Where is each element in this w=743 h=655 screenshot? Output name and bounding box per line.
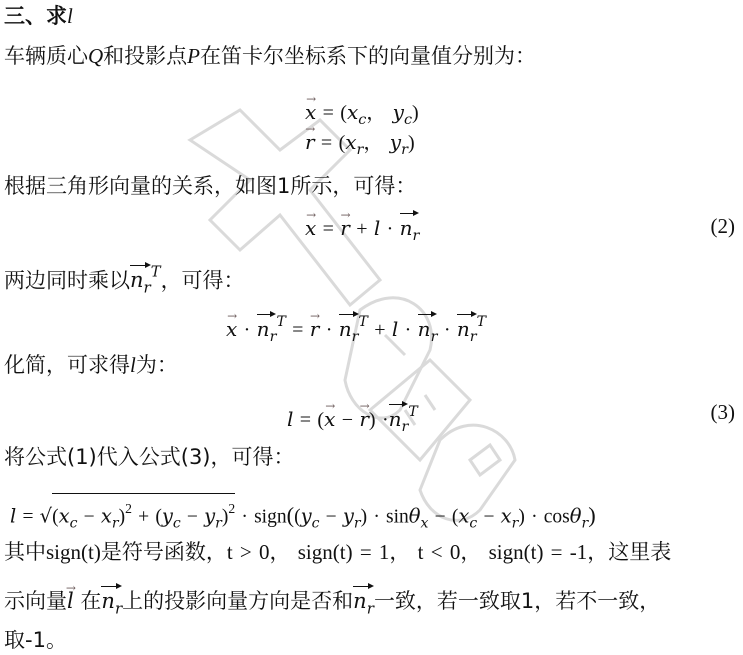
heading-prefix: 三、求 [4,4,67,28]
var: y [162,505,173,528]
sub: c [70,515,78,531]
text: 一致，若一致取1，若不一致， [374,589,660,613]
sub: r [115,599,122,617]
vector-n-r: nr [418,313,438,351]
sub: r [112,515,119,531]
var: y [343,505,354,528]
dot: · [373,507,380,528]
transpose: T [408,404,417,420]
dot: · [244,319,251,341]
var: x [345,130,356,154]
equals: = [321,132,332,154]
text: 车辆质心 [4,44,88,68]
text: 示向量 [4,589,67,613]
section-heading: 三、求l [4,2,73,30]
text: 在笛卡尔坐标系下的向量值分别为： [200,44,536,68]
var: x [347,100,358,124]
sqrt-body: (xc − xr)2 + (yc − yr)2 [52,493,235,537]
var: n [257,317,270,341]
plus: + [356,218,367,240]
var-l: l [287,407,293,431]
text: 化简，可求得 [4,353,130,377]
dot: · [326,319,333,341]
paren: ( [340,102,347,124]
var: y [204,505,215,528]
heading-variable: l [67,4,73,28]
equation-r-definition: r = (xr， yr) [305,128,415,164]
theta: θ [570,505,582,528]
equation-3: l = (x − r) ·nrT [287,398,418,441]
vector-x: x [324,405,335,433]
vector-x: x [305,214,316,242]
minus: − [342,409,353,431]
dot: · [241,507,248,528]
vector-n-r: nr [353,585,374,622]
sub: c [469,515,477,531]
sub: r [470,329,477,345]
sub: r [402,419,409,435]
vector-n-r: nr [130,264,151,301]
vector-r: r [359,405,369,433]
text: 是符号函数， [101,540,227,564]
vector-n-r: nr [101,585,122,622]
dot: · [531,507,538,528]
text: 为： [136,353,178,377]
var: n [400,216,413,240]
comma: ， [366,100,386,124]
paragraph-substitute: 将公式(1)代入公式(3)，可得： [4,443,295,471]
vector-x: x [226,315,237,343]
square: 2 [125,501,132,516]
equals: = [22,507,33,528]
paragraph-simplify: 化简，可求得l为： [4,351,178,379]
sqrt-icon: √ [40,505,52,528]
minus: − [187,507,198,528]
var: y [393,100,404,124]
vector-n-r: nr [457,313,477,351]
var: n [339,317,352,341]
dot: · [405,319,412,341]
var: y [301,505,312,528]
text: 其中 [4,540,46,564]
square: 2 [228,501,235,516]
text: 上的投影向量方向是否和 [122,589,353,613]
equals: = [323,102,334,124]
plus: + [138,507,149,528]
sub: r [144,279,151,297]
dot: · [387,218,394,240]
transpose: T [477,314,486,330]
plus: + [374,319,385,341]
sub: r [215,515,222,531]
sub: x [421,515,429,531]
variable-p: P [187,44,200,68]
transpose: T [151,264,161,281]
var: y [390,130,401,154]
minus: − [483,507,494,528]
paren: ( [287,503,294,528]
minus: − [435,507,446,528]
minus: − [84,507,95,528]
minus: − [326,507,337,528]
paren: ) [369,409,376,431]
paragraph-negative-case: 取-1。 [4,626,67,654]
text: ，可得： [161,268,245,292]
vector-n-r: nr [389,403,409,441]
text: 两边同时乘以 [4,268,130,292]
sub: r [401,142,408,158]
sub: c [173,515,181,531]
sub: c [404,112,412,128]
var: x [59,505,70,528]
comma: ， [363,130,383,154]
var: n [130,268,144,292]
paragraph-vectors-intro: 车辆质心Q和投影点P在笛卡尔坐标系下的向量值分别为： [4,42,536,70]
sub: r [352,329,359,345]
paren: ) [588,503,595,528]
sub: c [312,515,320,531]
paren: ) [518,507,525,528]
var-l: l [392,317,398,341]
var: n [101,589,115,613]
sign-conditions: t > 0， sign(t) = 1， t < 0， sign(t) = -1 [227,540,587,564]
vector-r: r [340,214,350,242]
paren: ) [361,507,368,528]
paragraph-multiply: 两边同时乘以nrT，可得： [4,259,245,302]
equation-final: l = √(xc − xr)2 + (yc − yr)2 · sign((yc … [10,493,596,537]
sign-function: sign [254,507,287,528]
var: n [353,589,367,613]
paren: ( [317,409,324,431]
sub: r [270,329,277,345]
var-l: l [374,216,380,240]
vector-n-r: nr [400,212,420,250]
text: 在 [80,589,101,613]
text: ，这里表 [587,540,671,564]
paragraph-sign-definition: 其中sign(t)是符号函数，t > 0， sign(t) = 1， t < 0… [4,538,671,566]
var: n [457,317,470,341]
vector-r: r [305,128,315,156]
paren: ) [408,132,415,154]
transpose: T [276,314,285,330]
dot: · [382,409,389,431]
paragraph-triangle-relation: 根据三角形向量的关系，如图1所示，可得： [4,172,416,200]
equation-2: x = r + l · nr [305,212,419,250]
variable-q: Q [88,44,103,68]
paragraph-projection-meaning: 示向量l 在nr上的投影向量方向是否和nr一致，若一致取1，若不一致， [4,585,660,622]
equals: = [292,319,303,341]
equation-number-3: (3) [711,398,736,426]
var: x [101,505,112,528]
sub: r [367,599,374,617]
vector-n-r: nr [257,313,277,351]
vector-l: l [67,587,74,615]
var: x [501,505,512,528]
sign-function: sign(t) [46,540,101,564]
vector-n-r: nr [339,313,359,351]
cos: cos [544,507,570,528]
theta: θ [409,505,421,528]
var: n [389,407,402,431]
equation-number-2: (2) [711,212,736,240]
paren: ) [412,102,419,124]
text: 和投影点 [103,44,187,68]
var: x [458,505,469,528]
equals: = [323,218,334,240]
equals: = [300,409,311,431]
sub: r [354,515,361,531]
dot: · [444,319,451,341]
var: n [418,317,431,341]
sub: r [431,329,438,345]
equation-multiplied: x · nrT = r · nrT + l · nr · nrT [226,308,486,351]
vector-r: r [310,315,320,343]
transpose: T [359,314,368,330]
sub: r [413,228,420,244]
var-l: l [10,505,16,528]
sin: sin [386,507,409,528]
